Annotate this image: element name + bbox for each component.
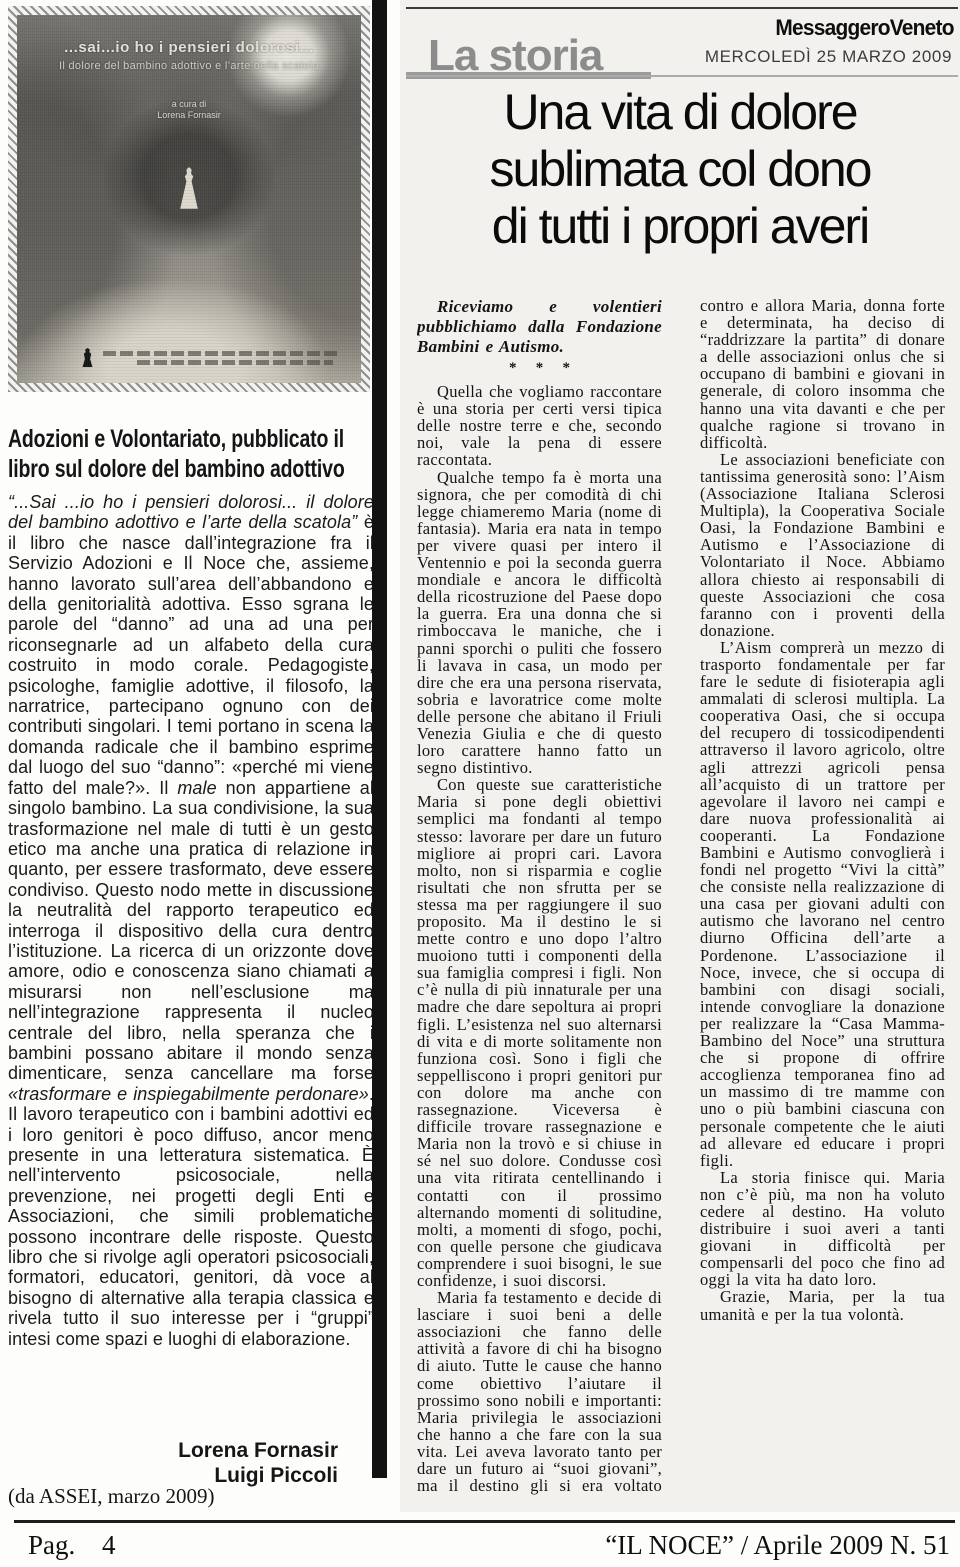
cover-figure-illustration	[176, 167, 202, 209]
article-paragraph: Qualche tempo fa è morta una signora, ch…	[417, 469, 662, 777]
text-segment: è il libro che nasce dall’integrazione f…	[8, 512, 374, 797]
left-article-body: “...Sai ...io ho i pensieri dolorosi... …	[8, 492, 374, 1424]
newspaper-dateline: MERCOLEDÌ 25 MARZO 2009	[705, 47, 952, 67]
left-article-heading: Adozioni e Volontariato, pubblicato il l…	[8, 424, 373, 484]
footer-page-number: 4	[102, 1530, 116, 1561]
article-intro: Riceviamo e volentieri pubblichiamo dall…	[417, 297, 662, 357]
caption-text-bar	[103, 351, 339, 356]
source-note: (da ASSEI, marzo 2009)	[8, 1484, 214, 1509]
article-body: Riceviamo e volentieri pubblichiamo dall…	[417, 297, 945, 1495]
article-paragraph: Con queste sue caratteristiche Maria si …	[417, 776, 662, 1289]
article-paragraph: Quella che vogliamo raccontare è una sto…	[417, 383, 662, 468]
section-separator: * * *	[417, 360, 662, 377]
footer-page-label: Pag.	[28, 1530, 75, 1561]
book-cover-artwork: ...sai...io ho i pensieri dolorosi... Il…	[17, 15, 361, 383]
book-cover-image: ...sai...io ho i pensieri dolorosi... Il…	[8, 6, 370, 392]
signature-block: Lorena FornasirLuigi Piccoli	[8, 1438, 338, 1488]
text-segment: . Il lavoro terapeutico con i bambini ad…	[8, 1084, 374, 1349]
article-paragraph: Le associazioni beneficiate con tantissi…	[700, 451, 945, 639]
caption-text-bar	[137, 360, 333, 365]
article-paragraph: La storia finisce qui. Maria non c’è più…	[700, 1169, 945, 1289]
footer-rule	[14, 1520, 955, 1523]
article-paragraph: L’Aism comprerà un mezzo di trasporto fo…	[700, 639, 945, 1169]
clipping-top-rule	[406, 7, 958, 9]
column-divider-bar	[372, 0, 387, 1478]
book-cover-subtitle: Il dolore del bambino adottivo e l’arte …	[17, 60, 361, 72]
text-segment: «trasformare e inspiegabilmente perdonar…	[8, 1084, 369, 1104]
text-segment: “...Sai ...io ho i pensieri dolorosi... …	[8, 492, 374, 532]
text-segment: non appartiene al singolo bambino. La su…	[8, 778, 374, 1084]
footer-issue-label: “IL NOCE” / Aprile 2009 N. 51	[605, 1530, 950, 1561]
text-segment: male	[177, 778, 216, 798]
book-cover-title: ...sai...io ho i pensieri dolorosi...	[17, 39, 361, 56]
newspaper-masthead: MessaggeroVeneto	[776, 15, 954, 41]
kicker-underline-thin	[406, 75, 958, 77]
article-paragraph: Grazie, Maria, per la tua umanità e per …	[700, 1288, 945, 1322]
cover-child-silhouette-icon	[81, 348, 94, 367]
newspaper-clipping: MessaggeroVeneto La storia MERCOLEDÌ 25 …	[400, 0, 960, 1512]
article-paragraphs: Quella che vogliamo raccontare è una sto…	[417, 297, 945, 1495]
book-cover-credit: a cura di Lorena Fornasir	[17, 99, 361, 121]
article-headline: Una vita di doloresublimata col donodi t…	[400, 84, 960, 255]
scanned-newsletter-page: ...sai...io ho i pensieri dolorosi... Il…	[0, 0, 960, 1567]
cover-caption-illegible	[103, 347, 339, 365]
